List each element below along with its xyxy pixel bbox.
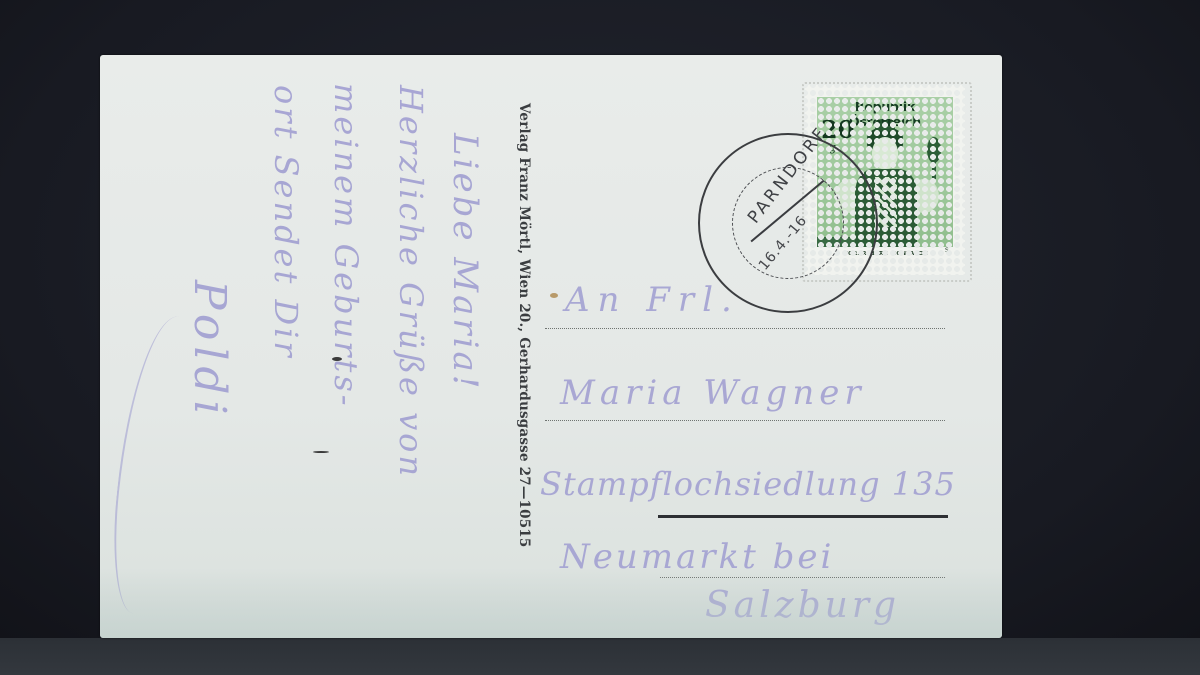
signature-flourish xyxy=(105,312,208,618)
address-town: Neumarkt bei xyxy=(560,537,834,577)
address-salutation: An Frl. xyxy=(565,280,740,320)
stamp-designer-initial: S xyxy=(945,247,949,254)
ink-blemish xyxy=(332,357,342,361)
publisher-imprint: Verlag Franz Mörtl, Wien 20., Gerhardusg… xyxy=(512,103,532,613)
message-line-4: ort Sendet Dir xyxy=(267,85,305,360)
stain-spot xyxy=(550,293,558,298)
message-line-1: Liebe Maria! xyxy=(445,133,485,391)
message-line-2: Herzliche Grüße von xyxy=(392,85,430,479)
bottom-surface-strip xyxy=(0,638,1200,675)
postcard-back: Liebe Maria! Herzliche Grüße von meinem … xyxy=(100,55,1002,638)
address-dotted-line-2 xyxy=(545,420,945,421)
address-underline-solid xyxy=(658,515,948,518)
address-street: Stampflochsiedlung 135 xyxy=(540,465,956,503)
address-recipient: Maria Wagner xyxy=(560,373,866,413)
address-region: Salzburg xyxy=(705,585,900,626)
ink-scratch xyxy=(313,451,329,453)
circular-postmark-icon: PARNDORF 16.4.-16 xyxy=(698,133,878,313)
address-dotted-line-4 xyxy=(660,577,945,578)
address-dotted-line-1 xyxy=(545,328,945,329)
